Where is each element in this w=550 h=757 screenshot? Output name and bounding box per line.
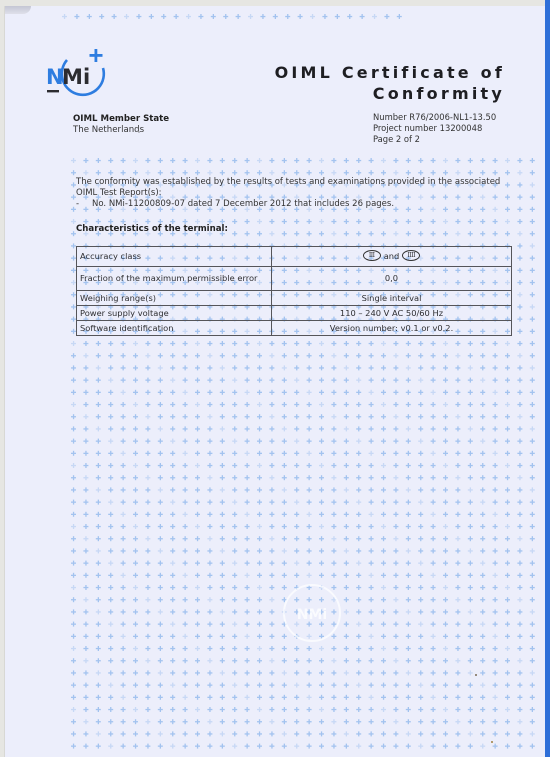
list-dash: - <box>76 199 92 210</box>
row-label: Software identification <box>77 321 272 336</box>
member-state-country: The Netherlands <box>73 125 169 136</box>
certificate-title-line-2: Conformity <box>275 83 505 104</box>
certificate-title: OIML Certificate of Conformity <box>275 62 505 104</box>
certificate-title-line-1: OIML Certificate of <box>275 62 505 83</box>
certificate-meta: Number R76/2006-NL1-13.50 Project number… <box>373 112 496 145</box>
project-number: Project number 13200048 <box>373 123 496 134</box>
row-label: Accuracy class <box>77 247 272 267</box>
table-row: Accuracy class IIIandIIII <box>77 247 512 267</box>
nmi-logo-icon: N M i <box>45 46 115 102</box>
conformity-statement: The conformity was established by the re… <box>76 177 526 210</box>
blue-edge-stripe <box>545 0 550 757</box>
member-state-label: OIML Member State <box>73 114 169 125</box>
row-label: Power supply voltage <box>77 306 272 321</box>
table-row: Fraction of the maximum permissible erro… <box>77 267 512 291</box>
certificate-number: Number R76/2006-NL1-13.50 <box>373 112 496 123</box>
member-state-block: OIML Member State The Netherlands <box>73 114 169 136</box>
accuracy-class-iii-icon: III <box>363 250 381 261</box>
table-row: Software identification Version number: … <box>77 321 512 336</box>
nmi-logo: N M i <box>45 46 115 102</box>
conformity-statement-line-2: OIML Test Report(s): <box>76 188 526 199</box>
row-value: Version number: v0.1 or v0.2. <box>272 321 512 336</box>
embossed-seal-icon: NMi <box>283 584 341 642</box>
paper-speck <box>475 674 477 676</box>
certificate-page: N M i OIML Member State The Netherlands … <box>4 6 545 757</box>
table-row: Weighing range(s) Single interval <box>77 291 512 306</box>
page-fold-shadow <box>5 6 31 14</box>
row-label: Fraction of the maximum permissible erro… <box>77 267 272 291</box>
and-word: and <box>384 251 400 261</box>
paper-speck <box>491 741 493 743</box>
svg-text:i: i <box>83 65 90 89</box>
row-value: Single interval <box>272 291 512 306</box>
row-label: Weighing range(s) <box>77 291 272 306</box>
row-value: IIIandIIII <box>272 247 512 267</box>
svg-text:M: M <box>62 65 83 89</box>
conformity-statement-line-1: The conformity was established by the re… <box>76 177 526 188</box>
svg-text:N: N <box>46 65 64 89</box>
security-pattern-top <box>62 14 409 26</box>
test-report-item: - No. NMi-11200809-07 dated 7 December 2… <box>76 199 526 210</box>
characteristics-table: Accuracy class IIIandIIII Fraction of th… <box>76 246 512 336</box>
paper-speck <box>138 131 140 133</box>
page-indicator: Page 2 of 2 <box>373 134 496 145</box>
table-row: Power supply voltage 110 – 240 V AC 50/6… <box>77 306 512 321</box>
test-report-text: No. NMi-11200809-07 dated 7 December 201… <box>92 199 394 210</box>
row-value: 0,0 <box>272 267 512 291</box>
row-value: 110 – 240 V AC 50/60 Hz <box>272 306 512 321</box>
accuracy-class-iiii-icon: IIII <box>402 250 420 261</box>
characteristics-heading: Characteristics of the terminal: <box>76 224 228 234</box>
